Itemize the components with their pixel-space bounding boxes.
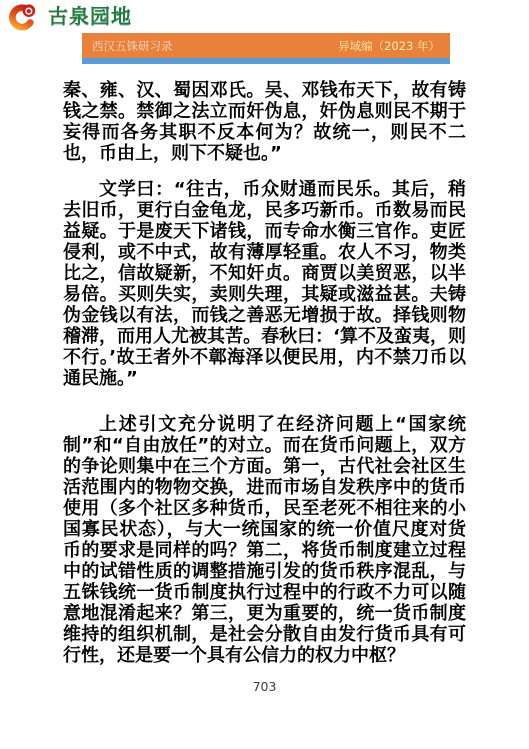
paragraph: 上述引文充分说明了在经济问题上“国家统制”和“自由放任”的对立。而在货币问题上，… <box>63 414 466 666</box>
page-number: 703 <box>0 679 529 694</box>
document-page: 古泉园地 西汉五铢研习录 异域编（2023 年） 秦、雍、汉、蜀因邓氏。吴、邓钱… <box>0 0 529 749</box>
site-logo: 古泉园地 <box>5 2 132 31</box>
site-logo-text: 古泉园地 <box>48 2 132 31</box>
header-underline <box>82 58 450 64</box>
body-text: 秦、雍、汉、蜀因邓氏。吴、邓钱布天下，故有铸钱之禁。禁御之法立而奸伪息，奸伪息则… <box>63 80 466 666</box>
header-book-title: 西汉五铢研习录 <box>92 38 173 54</box>
header-volume-label: 异域编（2023 年） <box>338 38 440 54</box>
paragraph: 文学曰：“往古，币众财通而民乐。其后，稍去旧币，更行白金龟龙，民多巧新币。币数易… <box>63 179 466 389</box>
coin-swirl-icon <box>5 2 43 31</box>
page-header-bar: 西汉五铢研习录 异域编（2023 年） <box>82 33 450 58</box>
paragraph: 秦、雍、汉、蜀因邓氏。吴、邓钱布天下，故有铸钱之禁。禁御之法立而奸伪息，奸伪息则… <box>63 80 466 164</box>
